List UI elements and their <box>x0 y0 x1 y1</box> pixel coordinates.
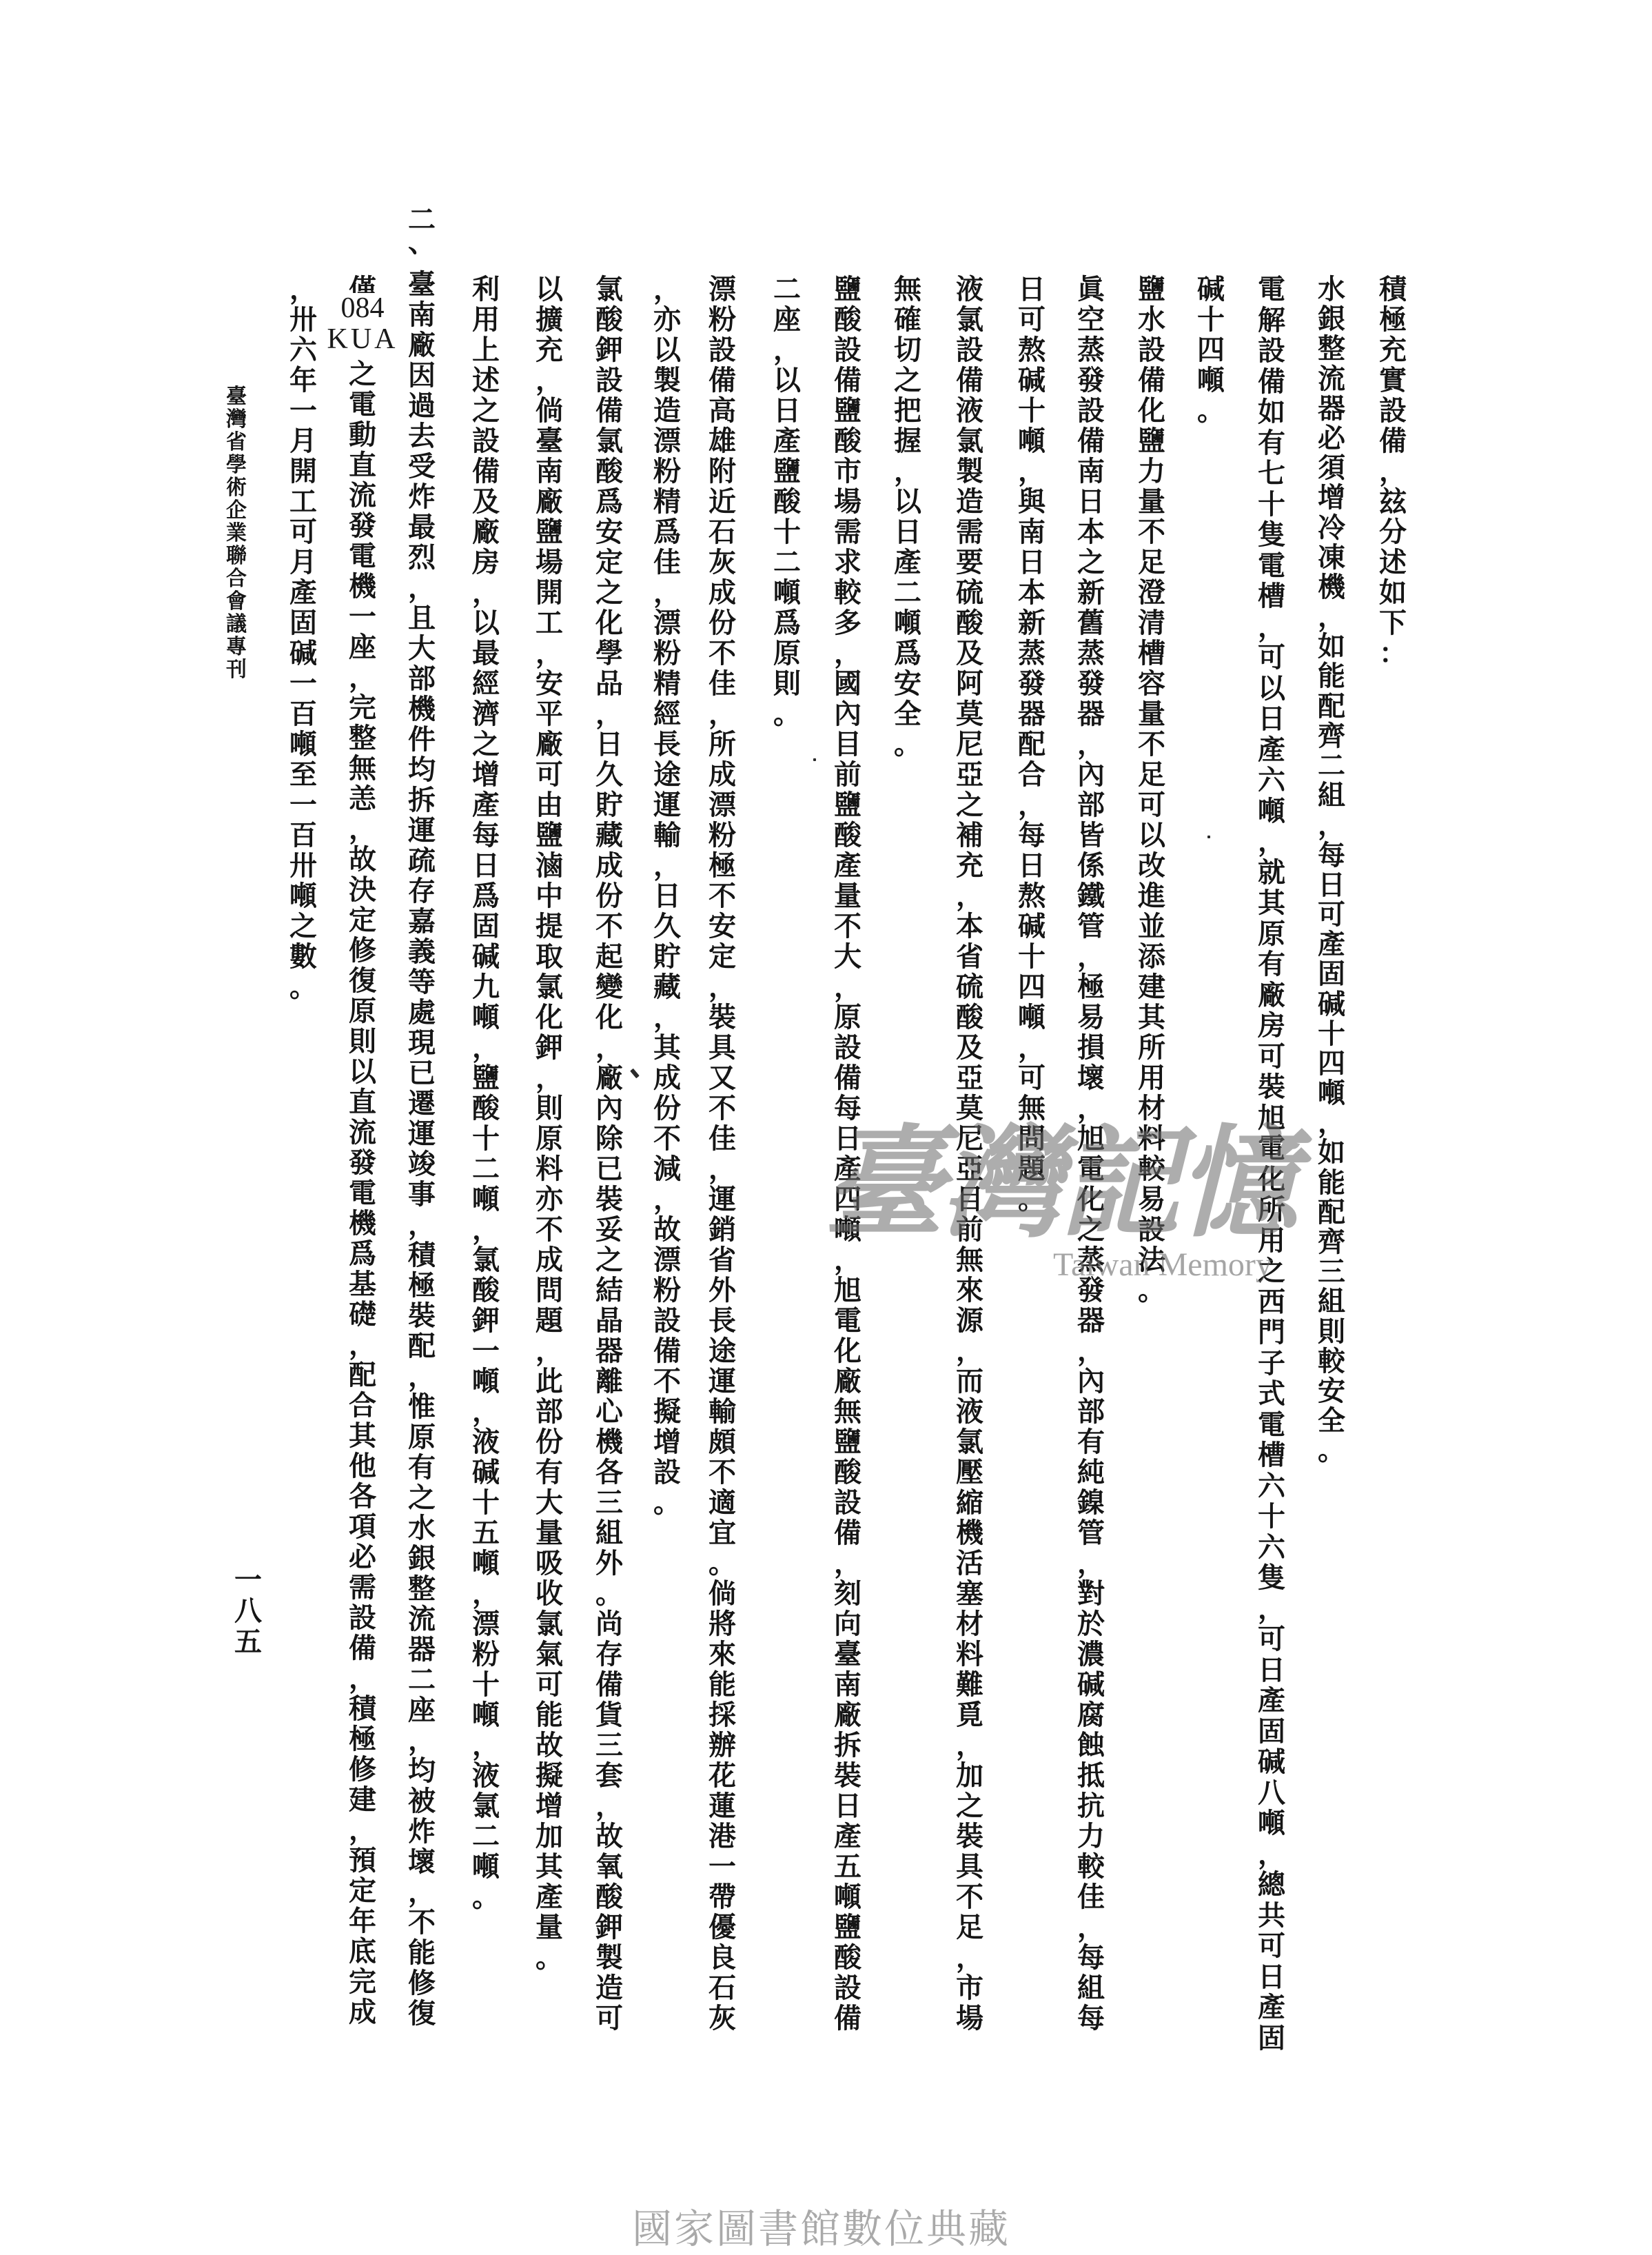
glyph: 花 <box>707 1761 737 1791</box>
glyph: 以 <box>893 487 923 517</box>
glyph: 近 <box>707 487 737 517</box>
glyph: 安 <box>1316 1376 1347 1406</box>
glyph: 五 <box>833 1852 863 1882</box>
glyph: 且 <box>407 603 437 634</box>
glyph: 有 <box>1256 949 1287 980</box>
glyph: ， <box>471 1730 501 1761</box>
glyph: 爲 <box>347 1239 378 1269</box>
glyph: 拆 <box>407 785 437 816</box>
glyph: 擴 <box>534 305 564 335</box>
glyph: 二 <box>772 547 802 578</box>
glyph: 內 <box>1076 760 1106 790</box>
glyph: 鉀 <box>594 1912 624 1943</box>
glyph: 不 <box>1136 517 1167 547</box>
glyph: 建 <box>1136 972 1167 1002</box>
glyph: 廠 <box>534 487 564 517</box>
glyph: 省 <box>955 942 985 972</box>
glyph: 。 <box>707 1548 737 1579</box>
glyph: 備 <box>594 396 624 426</box>
glyph: 受 <box>407 452 437 482</box>
glyph: 外 <box>707 1275 737 1306</box>
glyph: 義 <box>407 937 437 967</box>
glyph: 酸 <box>833 820 863 851</box>
glyph: 備 <box>1378 426 1408 456</box>
glyph: 器 <box>1017 699 1047 729</box>
glyph: 極 <box>407 1271 437 1301</box>
glyph: 各 <box>347 1482 378 1512</box>
glyph: 與 <box>1017 487 1047 517</box>
glyph: 十 <box>1256 489 1287 520</box>
glyph: 安 <box>893 669 923 699</box>
glyph: 聯 <box>225 545 248 567</box>
glyph: 亦 <box>534 1184 564 1215</box>
glyph: 如 <box>1316 631 1347 661</box>
glyph: 氧 <box>594 1852 624 1882</box>
glyph: 日 <box>652 881 682 911</box>
glyph: 於 <box>1076 1609 1106 1639</box>
glyph: 須 <box>1316 453 1347 483</box>
glyph: 本 <box>955 911 985 942</box>
glyph: 縮 <box>955 1488 985 1518</box>
glyph: 三 <box>1316 1257 1347 1286</box>
glyph: 附 <box>707 456 737 487</box>
glyph: 大 <box>407 634 437 664</box>
glyph: 具 <box>707 1033 737 1063</box>
glyph: 較 <box>1316 1346 1347 1376</box>
glyph: 量 <box>1136 487 1167 517</box>
glyph: 門 <box>1256 1317 1287 1348</box>
glyph: 設 <box>347 1603 378 1633</box>
glyph: 市 <box>833 456 863 487</box>
glyph: 設 <box>594 365 624 396</box>
glyph: 酸 <box>833 305 863 335</box>
glyph: 最 <box>471 638 501 669</box>
glyph: 可 <box>1017 1063 1047 1093</box>
glyph: 噸 <box>833 1882 863 1912</box>
glyph: 齊 <box>1316 1227 1347 1257</box>
glyph: 故 <box>347 845 378 875</box>
section-marker: 二、 <box>407 208 437 254</box>
glyph: 二 <box>772 274 802 305</box>
glyph: 運 <box>652 790 682 820</box>
glyph: 可 <box>1256 643 1287 674</box>
glyph: 漂 <box>707 790 737 820</box>
glyph: 鹽 <box>1136 274 1167 305</box>
glyph: 述 <box>1378 547 1408 578</box>
glyph: 南 <box>1076 456 1106 487</box>
glyph: 氯 <box>955 305 985 335</box>
glyph: 隻 <box>1256 1563 1287 1594</box>
glyph: 原 <box>833 1002 863 1033</box>
glyph: ， <box>652 851 682 881</box>
glyph: 液 <box>471 1427 501 1457</box>
glyph: ， <box>955 1336 985 1366</box>
glyph: 其 <box>534 1852 564 1882</box>
glyph: 日 <box>1017 547 1047 578</box>
glyph: 日 <box>1017 274 1047 305</box>
glyph: 十 <box>1017 942 1047 972</box>
glyph: 固 <box>1256 1717 1287 1748</box>
glyph: 固 <box>1256 2023 1287 2054</box>
glyph: ， <box>1076 1912 1106 1943</box>
glyph: 噸 <box>471 1700 501 1730</box>
glyph: 問 <box>534 1275 564 1306</box>
glyph: 每 <box>1017 820 1047 851</box>
glyph: 目 <box>833 729 863 760</box>
glyph: 日 <box>1316 870 1347 900</box>
glyph: 可 <box>594 2003 624 2034</box>
glyph: 亞 <box>955 1063 985 1093</box>
glyph: 粉 <box>707 305 737 335</box>
glyph: 不 <box>1136 729 1167 760</box>
glyph: 則 <box>534 1093 564 1124</box>
glyph: 過 <box>407 391 437 421</box>
glyph: 求 <box>833 547 863 578</box>
glyph: 鹽 <box>534 517 564 547</box>
glyph: 子 <box>1256 1348 1287 1379</box>
glyph: 產 <box>893 547 923 578</box>
glyph: 酸 <box>772 487 802 517</box>
glyph: 量 <box>833 881 863 911</box>
glyph: 發 <box>347 1148 378 1178</box>
glyph: 組 <box>1076 1973 1106 2003</box>
glyph: 座 <box>407 1695 437 1726</box>
glyph: 五 <box>471 1518 501 1548</box>
glyph: 收 <box>534 1579 564 1609</box>
glyph: 港 <box>707 1821 737 1852</box>
glyph: 發 <box>347 511 378 541</box>
glyph: 前 <box>833 760 863 790</box>
glyph: 疏 <box>407 846 437 876</box>
glyph: ， <box>1076 1548 1106 1579</box>
glyph: 之 <box>347 359 378 390</box>
glyph: 日 <box>1017 851 1047 881</box>
glyph: 復 <box>347 966 378 996</box>
glyph: 百 <box>288 699 318 729</box>
glyph: 碱 <box>471 942 501 972</box>
glyph: 則 <box>1316 1317 1347 1346</box>
glyph: 設 <box>955 335 985 365</box>
glyph: 備 <box>1256 367 1287 398</box>
glyph: 管 <box>1076 1518 1106 1548</box>
glyph: 固 <box>288 608 318 638</box>
glyph: ， <box>1017 1033 1047 1063</box>
glyph: 決 <box>347 875 378 905</box>
glyph: 全 <box>1316 1406 1347 1435</box>
glyph: 備 <box>1136 365 1167 396</box>
glyph: 廠 <box>594 1063 624 1093</box>
glyph: 共 <box>1256 1901 1287 1932</box>
glyph: 結 <box>594 1275 624 1306</box>
glyph: 噸 <box>1017 1002 1047 1033</box>
glyph: 灰 <box>707 547 737 578</box>
glyph: 莫 <box>955 699 985 729</box>
glyph: 卅 <box>288 305 318 335</box>
glyph: 直 <box>347 1087 378 1118</box>
glyph: 刻 <box>833 1579 863 1609</box>
glyph: 水 <box>407 1513 437 1544</box>
glyph: 電 <box>347 1178 378 1209</box>
glyph: 極 <box>347 1724 378 1755</box>
glyph: 鉀 <box>534 1033 564 1063</box>
glyph: 份 <box>534 1427 564 1457</box>
text-column-11: 二座，以日產鹽酸十二噸爲原則。 <box>772 274 802 729</box>
glyph: 成 <box>594 851 624 881</box>
glyph: 四 <box>1316 1049 1347 1078</box>
glyph: 源 <box>955 1306 985 1336</box>
glyph: 恙 <box>347 784 378 814</box>
glyph: 亞 <box>955 760 985 790</box>
glyph: 實 <box>1378 365 1408 396</box>
text-column-14: 氯酸鉀設備氯酸爲安定之化學品，日久貯藏成份不起變化，廠內除已裝妥之結晶器離心機各… <box>594 274 624 2034</box>
glyph: 一 <box>471 1336 501 1366</box>
glyph: 備 <box>833 365 863 396</box>
glyph: 有 <box>1076 1427 1106 1457</box>
glyph: 氣 <box>534 1639 564 1670</box>
glyph: 二 <box>893 578 923 608</box>
glyph: 積 <box>407 1240 437 1271</box>
glyph: 學 <box>225 454 248 476</box>
library-credit: 國家圖書館數位典藏 <box>632 2206 1010 2252</box>
glyph: ， <box>1017 456 1047 487</box>
glyph: 定 <box>347 1876 378 1906</box>
glyph: 槽 <box>1256 1440 1287 1471</box>
glyph: 題 <box>534 1306 564 1336</box>
glyph: ， <box>833 1548 863 1579</box>
glyph: 固 <box>1316 959 1347 989</box>
glyph: 定 <box>707 942 737 972</box>
glyph: 化 <box>534 1002 564 1033</box>
glyph: 八 <box>1256 1778 1287 1809</box>
glyph: 故 <box>534 1730 564 1761</box>
glyph: 取 <box>534 942 564 972</box>
watermark-subtitle: Taiwan Memory <box>1053 1248 1272 1282</box>
glyph: 本 <box>1017 578 1047 608</box>
glyph: 噸 <box>471 1852 501 1882</box>
glyph: 已 <box>407 1058 437 1089</box>
glyph: 產 <box>833 1821 863 1852</box>
glyph: 漂 <box>652 608 682 638</box>
glyph: ， <box>594 699 624 729</box>
glyph: 不 <box>407 1908 437 1938</box>
glyph: 十 <box>772 517 802 547</box>
glyph: 流 <box>347 481 378 511</box>
glyph: 可 <box>1017 305 1047 335</box>
glyph: 以 <box>652 335 682 365</box>
glyph: 氯 <box>594 274 624 305</box>
glyph: ， <box>471 1215 501 1245</box>
glyph: 裝 <box>833 1761 863 1791</box>
glyph: 噸 <box>1256 796 1287 827</box>
glyph: 西 <box>1256 1287 1287 1318</box>
glyph: 原 <box>772 638 802 669</box>
scan-speck <box>630 1069 640 1079</box>
glyph: 四 <box>1196 335 1226 365</box>
glyph: 設 <box>471 426 501 456</box>
glyph: 碱 <box>1017 365 1047 396</box>
glyph: 他 <box>347 1451 378 1482</box>
glyph: 材 <box>955 1609 985 1639</box>
glyph: 產 <box>1256 1992 1287 2023</box>
glyph: 整 <box>347 723 378 754</box>
glyph: 進 <box>1136 881 1167 911</box>
glyph: 旭 <box>833 1275 863 1306</box>
glyph: 卅 <box>288 851 318 881</box>
glyph: 造 <box>652 396 682 426</box>
glyph: 設 <box>833 1973 863 2003</box>
glyph: 力 <box>1076 1821 1106 1852</box>
glyph: ， <box>534 1063 564 1093</box>
glyph: 場 <box>955 2003 985 2034</box>
glyph: ， <box>955 1943 985 1973</box>
glyph: 碱 <box>1256 1747 1287 1778</box>
glyph: 將 <box>707 1609 737 1639</box>
glyph: 設 <box>707 335 737 365</box>
glyph: 不 <box>707 881 737 911</box>
glyph: 八 <box>233 1595 263 1626</box>
glyph: 流 <box>1316 364 1347 394</box>
glyph: 液 <box>955 396 985 426</box>
glyph: 固 <box>471 911 501 942</box>
glyph: ， <box>594 1033 624 1063</box>
glyph: 去 <box>407 421 437 452</box>
glyph: 每 <box>471 820 501 851</box>
glyph: 倘 <box>707 1579 737 1609</box>
glyph: 定 <box>594 547 624 578</box>
glyph: 裝 <box>707 1002 737 1033</box>
glyph: 底 <box>347 1937 378 1967</box>
glyph: 來 <box>955 1275 985 1306</box>
glyph: 組 <box>594 1518 624 1548</box>
glyph: 修 <box>347 936 378 966</box>
glyph: 無 <box>347 754 378 784</box>
glyph: 式 <box>1256 1379 1287 1410</box>
glyph: 器 <box>594 1336 624 1366</box>
glyph: 大 <box>534 1488 564 1518</box>
glyph: ， <box>407 1210 437 1240</box>
glyph: 碱 <box>1196 274 1226 305</box>
glyph: 因 <box>407 361 437 391</box>
glyph: 不 <box>652 1366 682 1397</box>
glyph: 廠 <box>471 517 501 547</box>
glyph: 蒸 <box>1076 638 1106 669</box>
glyph: 蒸 <box>1076 335 1106 365</box>
glyph: 刊 <box>225 658 248 681</box>
glyph: 碱 <box>1076 1670 1106 1700</box>
glyph: ， <box>288 274 318 305</box>
glyph: 炸 <box>407 482 437 512</box>
glyph: 增 <box>652 1427 682 1457</box>
glyph: 酸 <box>955 1002 985 1033</box>
glyph: 套 <box>594 1761 624 1791</box>
glyph: 由 <box>534 790 564 820</box>
glyph: 處 <box>407 998 437 1028</box>
glyph: 力 <box>1136 456 1167 487</box>
text-column-15: 以擴充，倘臺南廠鹽場開工，安平廠可由鹽滷中提取氯化鉀，則原料亦不成問題，此部份有… <box>534 274 564 1973</box>
glyph: 液 <box>955 274 985 305</box>
glyph: 電 <box>1256 551 1287 582</box>
glyph: 爲 <box>652 517 682 547</box>
glyph: 之 <box>471 396 501 426</box>
glyph: 適 <box>707 1488 737 1518</box>
glyph: 蝕 <box>1076 1730 1106 1761</box>
glyph: 。 <box>772 699 802 729</box>
glyph: ， <box>471 578 501 608</box>
glyph: 如 <box>1378 578 1408 608</box>
glyph: 造 <box>955 487 985 517</box>
glyph: 最 <box>407 512 437 543</box>
glyph: 日 <box>1256 1962 1287 1993</box>
glyph: 充 <box>955 851 985 881</box>
glyph: 頗 <box>707 1427 737 1457</box>
glyph: ， <box>534 1336 564 1366</box>
glyph: 事 <box>407 1180 437 1210</box>
glyph: 可 <box>1256 1624 1287 1655</box>
glyph: 料 <box>534 1154 564 1184</box>
glyph: 日 <box>471 851 501 881</box>
glyph: ， <box>772 335 802 365</box>
glyph: 凍 <box>1316 543 1347 572</box>
glyph: 鹽 <box>1136 426 1167 456</box>
glyph: 有 <box>407 1453 437 1483</box>
glyph: ， <box>347 1664 378 1694</box>
glyph: 合 <box>225 567 248 590</box>
glyph: 均 <box>407 755 437 785</box>
glyph: 酸 <box>594 456 624 487</box>
glyph: 新 <box>1017 608 1047 638</box>
glyph: 三 <box>594 1488 624 1518</box>
glyph: 加 <box>955 1761 985 1791</box>
glyph: ， <box>1076 729 1106 760</box>
glyph: 。 <box>594 1579 624 1609</box>
glyph: 容 <box>1136 669 1167 699</box>
glyph: 設 <box>1076 396 1106 426</box>
glyph: 省 <box>707 1245 737 1275</box>
glyph: 存 <box>407 876 437 907</box>
glyph: 抵 <box>1076 1761 1106 1791</box>
glyph: 爲 <box>893 638 923 669</box>
glyph: 部 <box>534 1397 564 1427</box>
text-column-17: 臺南廠因過去受炸最烈，且大部機件均拆運疏存嘉義等處現已遷運竣事，積極裝配，惟原有… <box>407 270 437 2029</box>
glyph: 直 <box>347 450 378 481</box>
glyph: 必 <box>1316 423 1347 453</box>
glyph: 場 <box>534 547 564 578</box>
glyph: 完 <box>347 693 378 723</box>
glyph: 。 <box>288 972 318 1002</box>
glyph: ， <box>347 1815 378 1846</box>
glyph: 良 <box>707 1943 737 1973</box>
glyph: 化 <box>594 1002 624 1033</box>
glyph: 配 <box>1017 729 1047 760</box>
glyph: 座 <box>347 632 378 663</box>
glyph: 炸 <box>407 1817 437 1847</box>
glyph: 極 <box>1076 972 1106 1002</box>
glyph: ， <box>652 1002 682 1033</box>
glyph: 能 <box>1316 1168 1347 1197</box>
glyph: 氯 <box>534 1609 564 1639</box>
glyph: 鹽 <box>833 790 863 820</box>
glyph: 基 <box>347 1269 378 1300</box>
glyph: 原 <box>347 996 378 1027</box>
glyph: 可 <box>1316 900 1347 929</box>
glyph: 精 <box>652 669 682 699</box>
glyph: ， <box>707 1154 737 1184</box>
glyph: 內 <box>594 1093 624 1124</box>
glyph: 其 <box>652 1033 682 1063</box>
glyph: 無 <box>893 274 923 305</box>
glyph: 十 <box>471 1124 501 1154</box>
glyph: 一 <box>288 669 318 699</box>
